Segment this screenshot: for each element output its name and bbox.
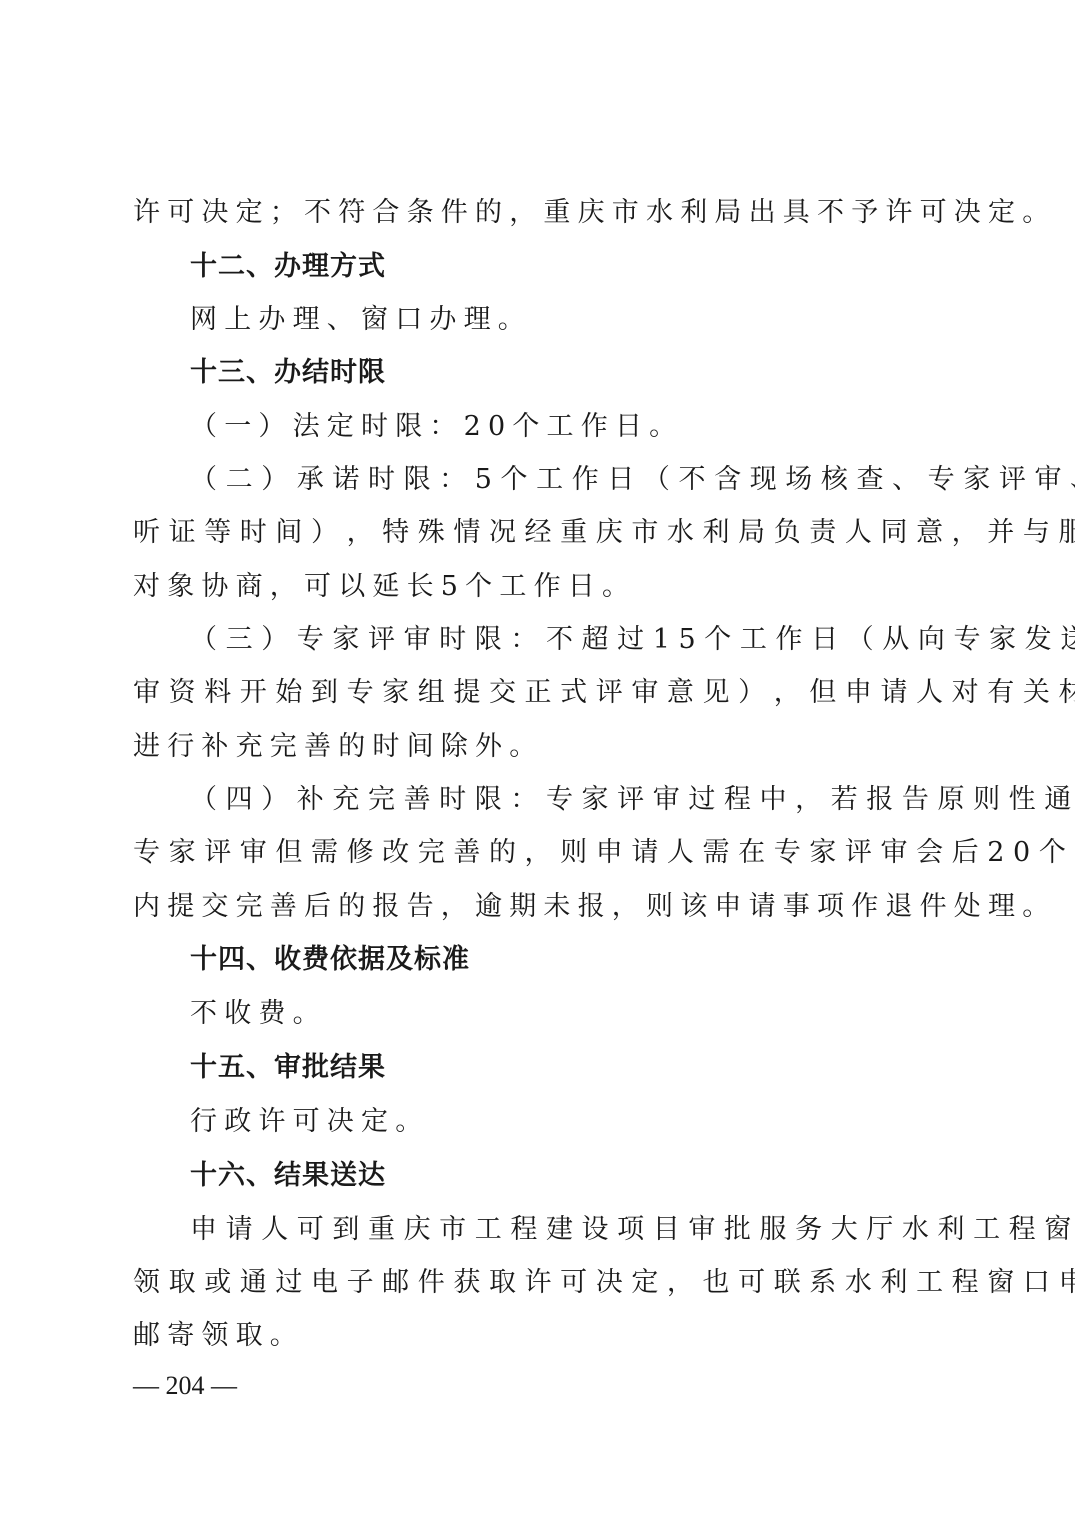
paragraph-line: 领 取 或 通 过 电 子 邮 件 获 取 许 可 决 定 ， 也 可 联 系 …: [133, 1263, 942, 1303]
section-heading-15: 十五、审批结果: [190, 1048, 942, 1088]
paragraph-line: 进行补充完善的时间除外。: [133, 727, 942, 767]
paragraph-line: （ 三 ） 专 家 评 审 时 限 ： 不 超 过 1 5 个 工 作 日 （ …: [190, 620, 942, 660]
section-heading-16: 十六、结果送达: [190, 1156, 942, 1196]
paragraph-line: 专 家 评 审 但 需 修 改 完 善 的 ， 则 申 请 人 需 在 专 家 …: [133, 833, 942, 873]
paragraph-line: 内提交完善后的报告，逾期未报，则该申请事项作退件处理。: [133, 887, 942, 927]
page-number: — 204 —: [133, 1368, 237, 1404]
paragraph-line: 不收费。: [190, 994, 942, 1034]
paragraph-line: （ 二 ） 承 诺 时 限 ： 5 个 工 作 日 （ 不 含 现 场 核 查 …: [190, 460, 942, 500]
paragraph-line: 听 证 等 时 间 ） ， 特 殊 情 况 经 重 庆 市 水 利 局 负 责 …: [133, 513, 942, 553]
section-heading-12: 十二、办理方式: [190, 247, 942, 287]
paragraph-line: 许可决定；不符合条件的，重庆市水利局出具不予许可决定。: [133, 193, 942, 233]
document-page: 许可决定；不符合条件的，重庆市水利局出具不予许可决定。 十二、办理方式 网上办理…: [0, 0, 1075, 1519]
paragraph-line: （ 四 ） 补 充 完 善 时 限 ： 专 家 评 审 过 程 中 ， 若 报 …: [190, 780, 942, 820]
paragraph-line: （一）法定时限：20个工作日。: [190, 407, 942, 447]
paragraph-line: 审 资 料 开 始 到 专 家 组 提 交 正 式 评 审 意 见 ） ， 但 …: [133, 673, 942, 713]
paragraph-line: 对象协商，可以延长5个工作日。: [133, 567, 942, 607]
section-heading-14: 十四、收费依据及标准: [190, 940, 942, 980]
paragraph-line: 网上办理、窗口办理。: [190, 300, 942, 340]
paragraph-line: 邮寄领取。: [133, 1316, 942, 1356]
paragraph-line: 申 请 人 可 到 重 庆 市 工 程 建 设 项 目 审 批 服 务 大 厅 …: [190, 1210, 942, 1250]
paragraph-line: 行政许可决定。: [190, 1102, 942, 1142]
section-heading-13: 十三、办结时限: [190, 353, 942, 393]
